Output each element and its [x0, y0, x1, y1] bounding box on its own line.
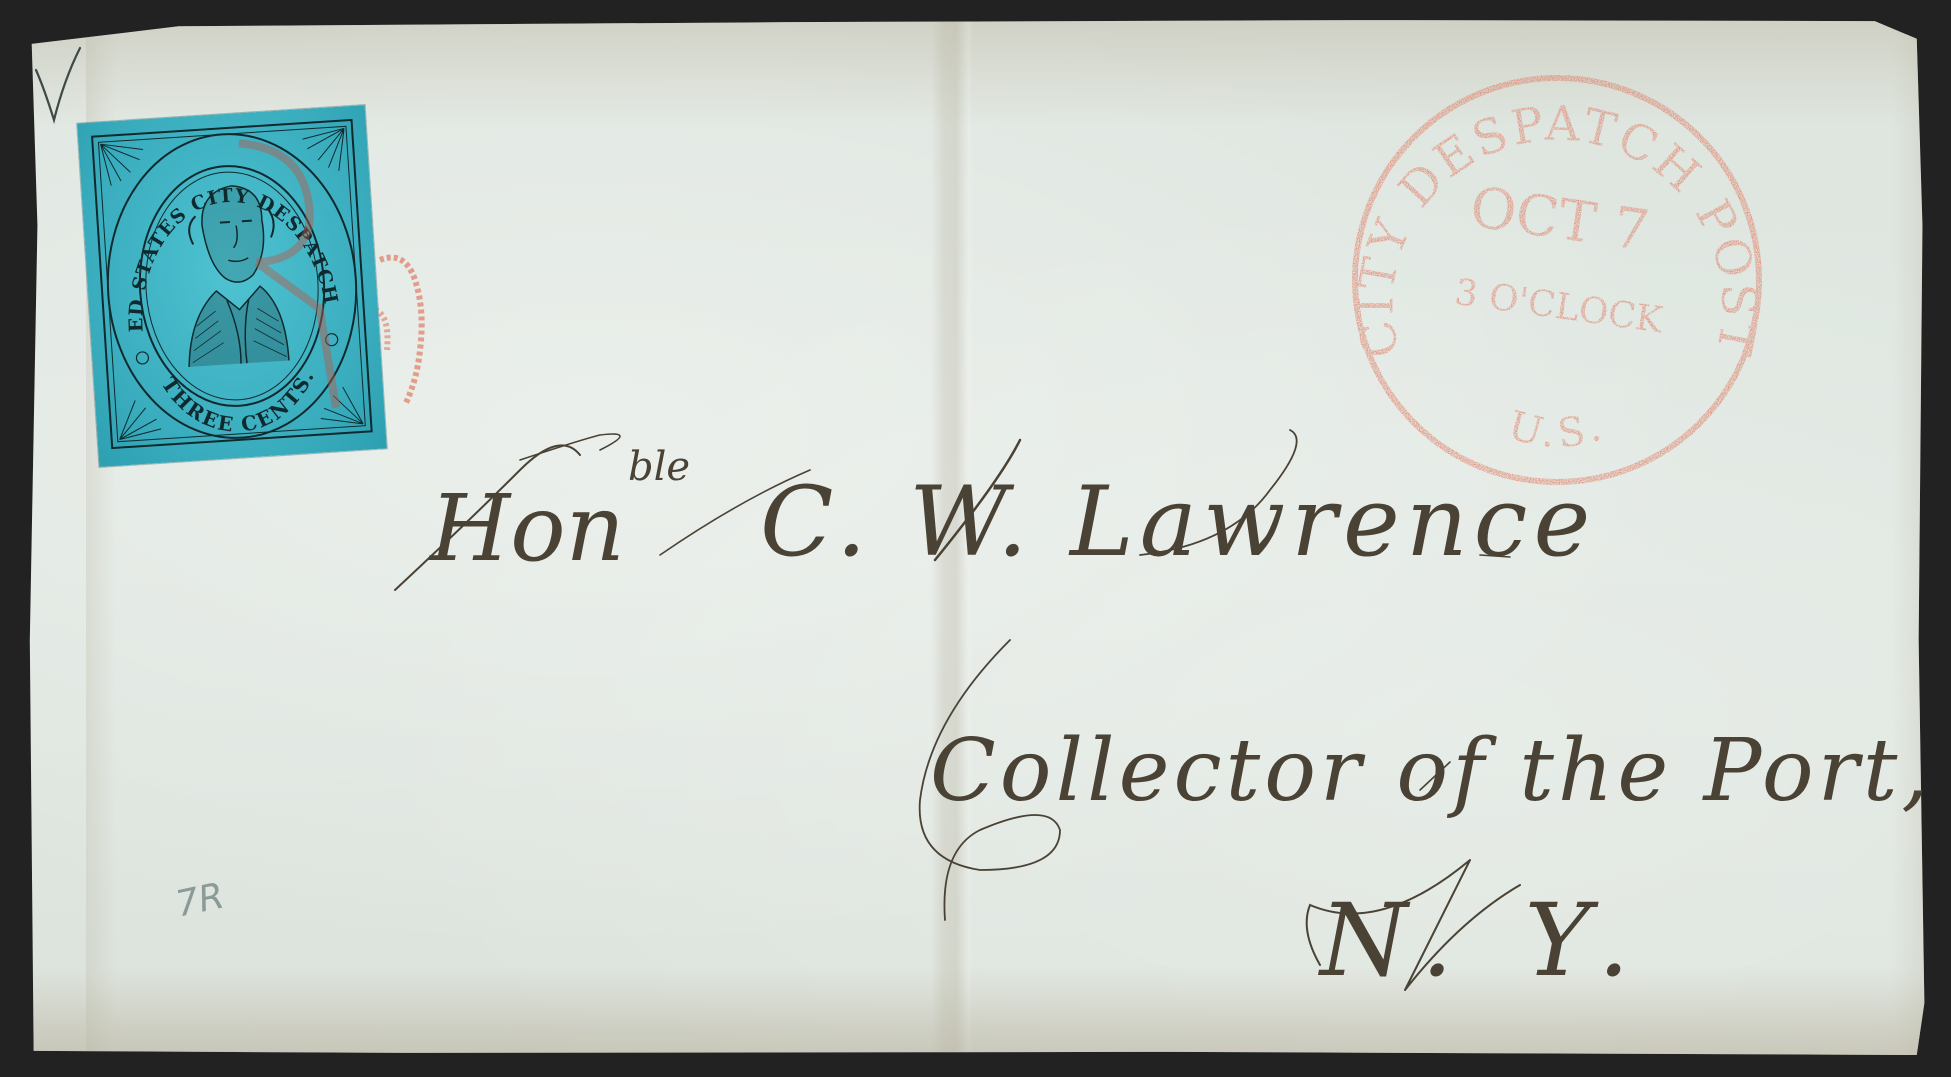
cover-scene: UNITED STATES CITY DESPATCH POST. THREE …	[0, 0, 1951, 1077]
checkmark-icon	[30, 40, 90, 130]
right-fold-shading	[1892, 18, 1932, 1055]
postmark-bottom-text: U.S.	[1503, 402, 1612, 457]
partial-red-handstamp	[375, 240, 445, 410]
postmark-time: 3 O'CLOCK	[1452, 272, 1666, 342]
city-despatch-stamp: UNITED STATES CITY DESPATCH POST. THREE …	[77, 105, 387, 467]
svg-text:U.S.: U.S.	[1503, 402, 1612, 457]
center-fold-crease	[931, 18, 973, 1055]
postmark-date: OCT 7	[1466, 175, 1653, 264]
city-despatch-postmark: CITY DESPATCH POST OCT 7 3 O'CLOCK U.S.	[1345, 68, 1770, 493]
